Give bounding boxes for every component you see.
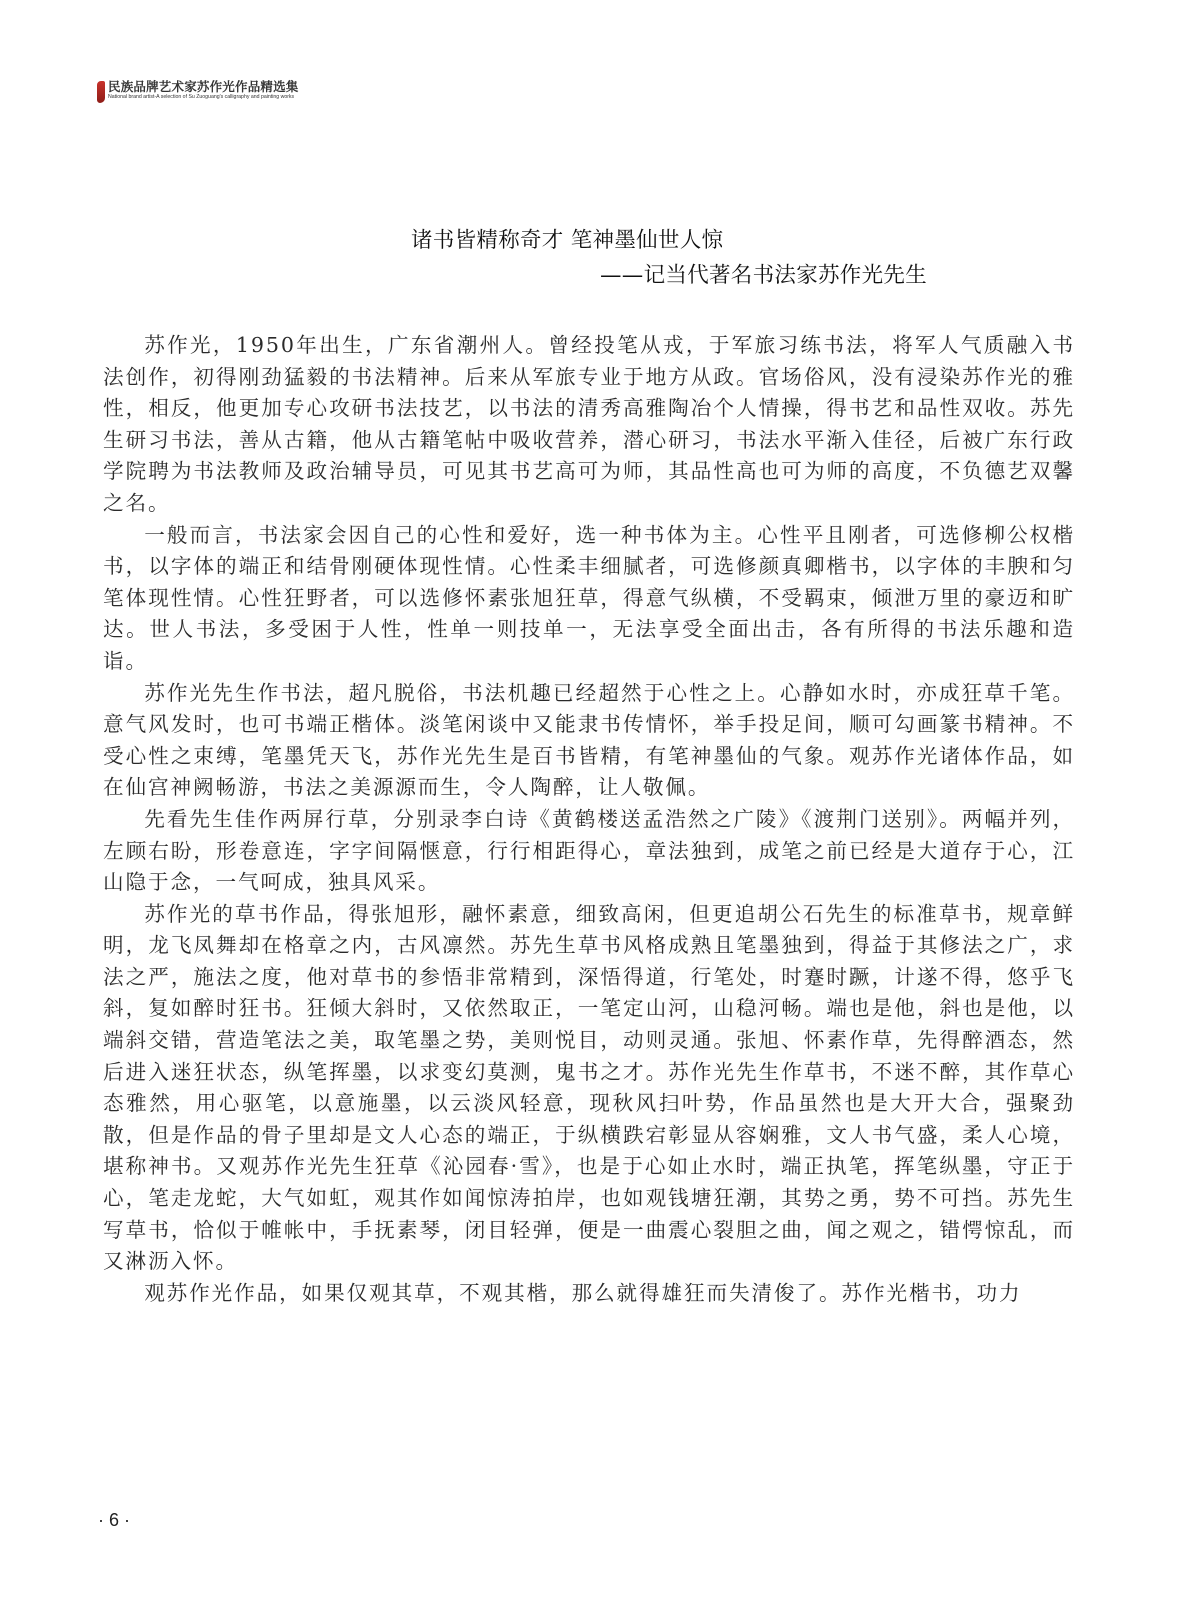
paragraph: 苏作光先生作书法，超凡脱俗，书法机趣已经超然于心性之上。心静如水时，亦成狂草千笔… <box>103 678 1075 804</box>
document-page: 民族品牌艺术家苏作光作品精选集 National brand artist-A … <box>0 0 1178 1600</box>
paragraph: 观苏作光作品，如果仅观其草，不观其楷，那么就得雄狂而失清俊了。苏作光楷书，功力 <box>103 1278 1075 1310</box>
paragraph: 先看先生佳作两屏行草，分别录李白诗《黄鹤楼送孟浩然之广陵》《渡荆门送别》。两幅并… <box>103 804 1075 899</box>
article-body: 苏作光，1950年出生，广东省潮州人。曾经投笔从戎，于军旅习练书法，将军人气质融… <box>103 330 1075 1309</box>
article-title: 诸书皆精称奇才 笔神墨仙世人惊 <box>411 223 723 254</box>
paragraph: 苏作光，1950年出生，广东省潮州人。曾经投笔从戎，于军旅习练书法，将军人气质融… <box>103 330 1075 520</box>
red-seal-logo-icon <box>97 81 105 103</box>
header-text: 民族品牌艺术家苏作光作品精选集 National brand artist-A … <box>108 80 299 101</box>
header-title-cn: 民族品牌艺术家苏作光作品精选集 <box>108 80 299 94</box>
article-subtitle: ——记当代著名书法家苏作光先生 <box>600 258 927 289</box>
page-number: · 6 · <box>98 1510 130 1531</box>
header-title-en: National brand artist-A selection of Su … <box>108 94 299 101</box>
running-header: 民族品牌艺术家苏作光作品精选集 National brand artist-A … <box>97 80 299 103</box>
paragraph: 苏作光的草书作品，得张旭形，融怀素意，细致高闲，但更追胡公石先生的标准草书，规章… <box>103 899 1075 1278</box>
paragraph: 一般而言，书法家会因自己的心性和爱好，选一种书体为主。心性平且刚者，可选修柳公权… <box>103 520 1075 678</box>
